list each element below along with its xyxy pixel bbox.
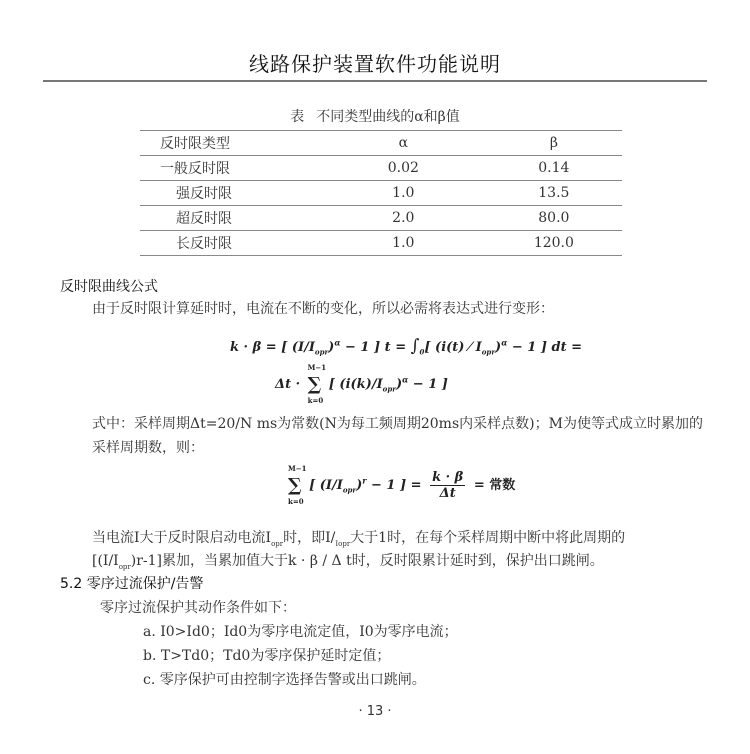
- trip-text-line1: 当电流I大于反时限启动电流Iopr时，即I/Iopr大于1时，在每个采样周期中断…: [92, 527, 625, 548]
- formula-constant-label: 常数: [489, 478, 515, 493]
- column-header-beta: β: [486, 131, 622, 156]
- explain-text-line1: 式中：采样周期Δt=20/N ms为常数(N为每工频周期20ms内采样点数)；M…: [92, 413, 703, 433]
- formula-constant: ∑M−1k=0 [ (I/Iopr)r − 1 ] = k · βΔt = 常数: [285, 470, 515, 501]
- cell-alpha: 1.0: [321, 181, 486, 206]
- document-header-title: 线路保护装置软件功能说明: [0, 48, 750, 77]
- formula-sum-line2: Δt · ∑M−1k=0 [ (i(k)/Iopr)α − 1 ]: [275, 374, 448, 395]
- curve-intro-text: 由于反时限计算延时时，电流在不断的变化，所以必需将表达式进行变形：: [92, 298, 554, 318]
- condition-item-c: c. 零序保护可由控制字选择告警或出口跳闸。: [143, 669, 426, 689]
- page-number: · 13 ·: [0, 704, 750, 719]
- section-heading-inverse-curve: 反时限曲线公式: [60, 276, 158, 296]
- cell-beta: 120.0: [486, 231, 622, 256]
- cell-type: 一般反时限: [140, 156, 321, 181]
- cell-beta: 80.0: [486, 206, 622, 231]
- cell-alpha: 0.02: [321, 156, 486, 181]
- cell-alpha: 1.0: [321, 231, 486, 256]
- table-row: 一般反时限 0.02 0.14: [140, 156, 622, 181]
- table-header-row: 反时限类型 α β: [140, 131, 622, 156]
- cell-beta: 13.5: [486, 181, 622, 206]
- condition-item-a: a. I0>Id0；Id0为零序电流定值，I0为零序电流；: [143, 621, 458, 641]
- formula-integral-line1: k · β = [ (I/Iopr)α − 1 ] t = ∫0[ (i(t) …: [230, 336, 582, 357]
- condition-item-b: b. T>Td0；Td0为零序保护延时定值；: [143, 645, 390, 665]
- cell-type: 强反时限: [140, 181, 321, 206]
- table-caption-prefix: 表: [290, 109, 304, 125]
- trip-text-line2: [(I/Iopr)r-1]累加，当累加值大于k · β / Δ t时，反时限累计…: [92, 550, 604, 571]
- cell-type: 超反时限: [140, 206, 321, 231]
- table-caption-text: 不同类型曲线的α和β值: [316, 109, 460, 125]
- table-row: 超反时限 2.0 80.0: [140, 206, 622, 231]
- table-caption: 表不同类型曲线的α和β值: [0, 106, 750, 126]
- column-header-alpha: α: [321, 131, 486, 156]
- explain-text-line2: 采样周期数，则：: [92, 437, 204, 457]
- table-row: 长反时限 1.0 120.0: [140, 231, 622, 256]
- section-heading-zero-sequence: 5.2 零序过流保护/告警: [60, 573, 203, 593]
- table-row: 强反时限 1.0 13.5: [140, 181, 622, 206]
- curve-parameter-table: 反时限类型 α β 一般反时限 0.02 0.14 强反时限 1.0 13.5 …: [140, 130, 622, 256]
- header-divider: [43, 80, 707, 82]
- zero-seq-intro-text: 零序过流保护其动作条件如下：: [100, 597, 296, 617]
- cell-type: 长反时限: [140, 231, 321, 256]
- column-header-type: 反时限类型: [140, 131, 321, 156]
- cell-alpha: 2.0: [321, 206, 486, 231]
- cell-beta: 0.14: [486, 156, 622, 181]
